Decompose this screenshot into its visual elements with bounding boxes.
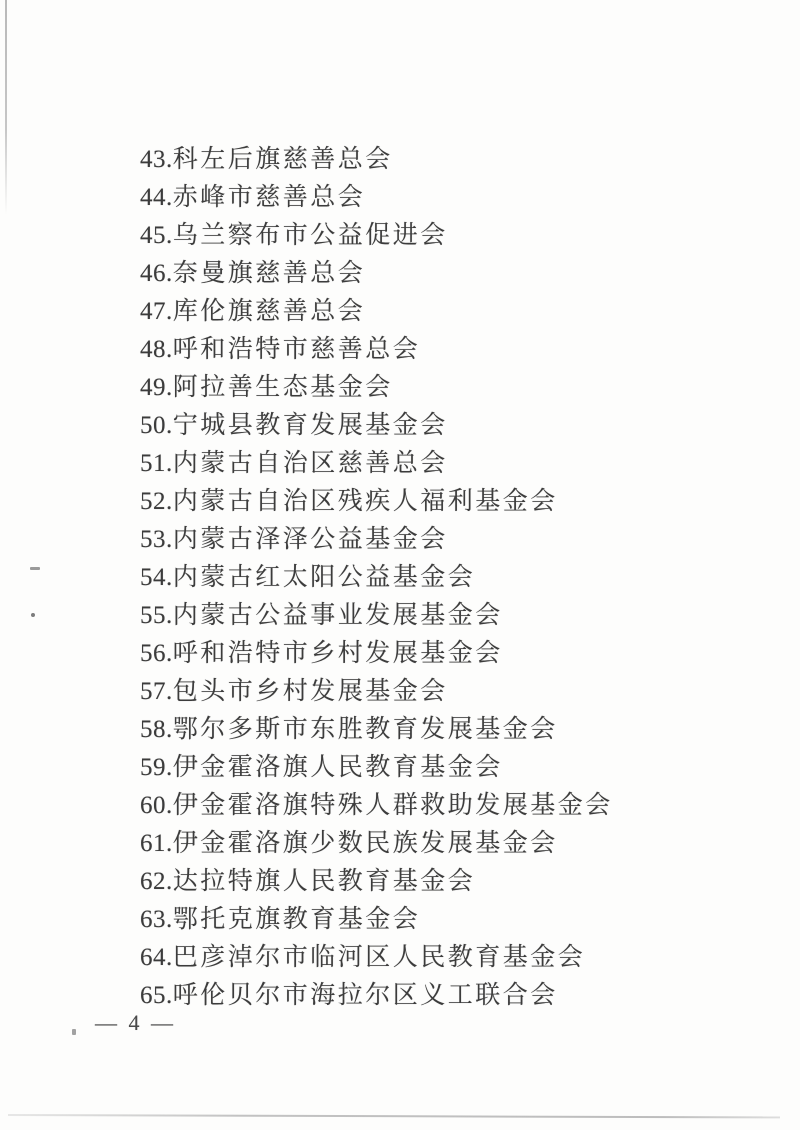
list-item: 51.内蒙古自治区慈善总会 [140,445,760,483]
list-item-number: 47. [140,298,173,325]
list-item-number: 46. [140,260,173,287]
list-item-name: 内蒙古自治区残疾人福利基金会 [173,488,558,515]
list-item-name: 巴彦淖尔市临河区人民教育基金会 [173,944,586,971]
list-item-name: 达拉特旗人民教育基金会 [173,868,476,895]
list-item: 60.伊金霍洛旗特殊人群救助发展基金会 [140,787,760,825]
list-item-number: 55. [140,602,173,629]
list-item: 45.乌兰察布市公益促进会 [140,217,760,255]
list-item-number: 52. [140,488,173,515]
list-item-name: 鄂托克旗教育基金会 [173,906,421,933]
list-item-name: 内蒙古自治区慈善总会 [173,450,448,477]
list-item: 57.包头市乡村发展基金会 [140,673,760,711]
list-item: 50.宁城县教育发展基金会 [140,407,760,445]
list-item: 56.呼和浩特市乡村发展基金会 [140,635,760,673]
list-item-name: 乌兰察布市公益促进会 [173,222,448,249]
list-item-number: 45. [140,222,173,249]
list-item-name: 伊金霍洛旗少数民族发展基金会 [173,830,558,857]
list-item-name: 宁城县教育发展基金会 [173,412,448,439]
margin-speck-dot [31,613,35,617]
list-item-number: 56. [140,640,173,667]
list-item-name: 呼和浩特市慈善总会 [173,336,421,363]
list-item-number: 65. [140,982,173,1009]
organization-list: 43.科左后旗慈善总会44.赤峰市慈善总会45.乌兰察布市公益促进会46.奈曼旗… [140,141,760,1015]
list-item-number: 61. [140,830,173,857]
margin-speck-dash [30,567,40,570]
list-item-number: 62. [140,868,173,895]
scanned-document-page: 43.科左后旗慈善总会44.赤峰市慈善总会45.乌兰察布市公益促进会46.奈曼旗… [0,0,800,1130]
footer-speck [72,1029,76,1035]
list-item: 54.内蒙古红太阳公益基金会 [140,559,760,597]
list-item-name: 内蒙古公益事业发展基金会 [173,602,503,629]
list-item-name: 库伦旗慈善总会 [173,298,366,325]
list-item: 46.奈曼旗慈善总会 [140,255,760,293]
list-item-number: 54. [140,564,173,591]
list-item: 47.库伦旗慈善总会 [140,293,760,331]
list-item-name: 内蒙古泽泽公益基金会 [173,526,448,553]
list-item: 64.巴彦淖尔市临河区人民教育基金会 [140,939,760,977]
list-item: 55.内蒙古公益事业发展基金会 [140,597,760,635]
list-item-name: 奈曼旗慈善总会 [173,260,366,287]
list-item-name: 包头市乡村发展基金会 [173,678,448,705]
list-item-name: 鄂尔多斯市东胜教育发展基金会 [173,716,558,743]
list-item: 43.科左后旗慈善总会 [140,141,760,179]
list-item-name: 呼和浩特市乡村发展基金会 [173,640,503,667]
list-item: 63.鄂托克旗教育基金会 [140,901,760,939]
scan-edge-artifact-bottom [8,1114,780,1118]
list-item-number: 49. [140,374,173,401]
list-item-name: 赤峰市慈善总会 [173,184,366,211]
list-item: 44.赤峰市慈善总会 [140,179,760,217]
list-item-number: 59. [140,754,173,781]
list-item-number: 48. [140,336,173,363]
list-item-number: 53. [140,526,173,553]
list-item-number: 50. [140,412,173,439]
list-item: 53.内蒙古泽泽公益基金会 [140,521,760,559]
page-number-footer: — 4 — [95,1010,176,1036]
list-item: 59.伊金霍洛旗人民教育基金会 [140,749,760,787]
scan-edge-artifact-left [5,0,7,215]
list-item: 58.鄂尔多斯市东胜教育发展基金会 [140,711,760,749]
list-item-name: 伊金霍洛旗特殊人群救助发展基金会 [173,792,613,819]
list-item-number: 57. [140,678,173,705]
list-item-number: 63. [140,906,173,933]
list-item-name: 科左后旗慈善总会 [173,146,393,173]
list-item-number: 60. [140,792,173,819]
list-item: 62.达拉特旗人民教育基金会 [140,863,760,901]
list-item: 48.呼和浩特市慈善总会 [140,331,760,369]
list-item-name: 伊金霍洛旗人民教育基金会 [173,754,503,781]
list-item-number: 58. [140,716,173,743]
list-item-number: 44. [140,184,173,211]
list-item: 52.内蒙古自治区残疾人福利基金会 [140,483,760,521]
list-item-name: 呼伦贝尔市海拉尔区义工联合会 [173,982,558,1009]
list-item-name: 内蒙古红太阳公益基金会 [173,564,476,591]
list-item-number: 64. [140,944,173,971]
list-item: 49.阿拉善生态基金会 [140,369,760,407]
list-item: 61.伊金霍洛旗少数民族发展基金会 [140,825,760,863]
list-item-number: 43. [140,146,173,173]
list-item-name: 阿拉善生态基金会 [173,374,393,401]
list-item-number: 51. [140,450,173,477]
list-item: 65.呼伦贝尔市海拉尔区义工联合会 [140,977,760,1015]
